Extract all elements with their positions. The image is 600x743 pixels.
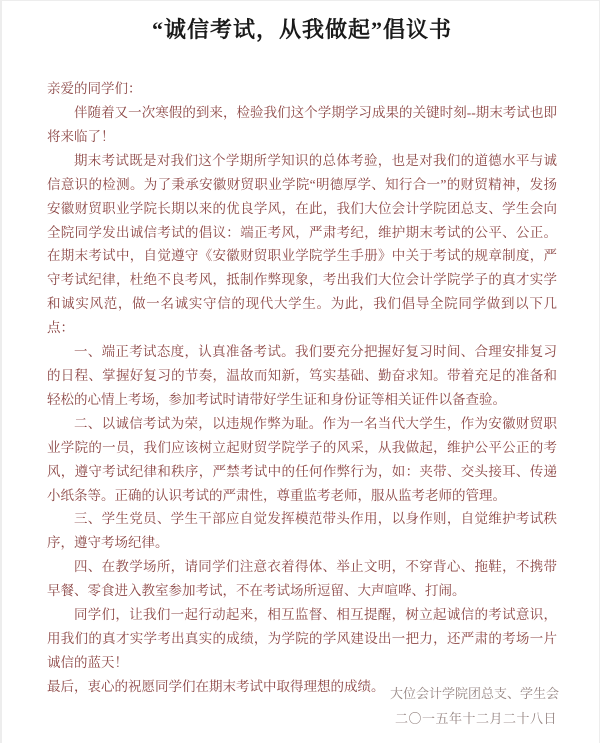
signature-block: 大位会计学院团总支、学生会 二〇一五年十二月二十八日 <box>390 681 559 731</box>
body-paragraphs: 伴随着又一次寒假的到来，检验我们这个学期学习成果的关键时刻--期末考试也即将来临… <box>47 101 557 699</box>
paragraph: 一、端正考试态度，认真准备考试。我们要充分把握好复习时间、合理安排复习的日程、掌… <box>47 340 557 412</box>
paragraph: 期末考试既是对我们这个学期所学知识的总体考验，也是对我们的道德水平与诚信意识的检… <box>47 149 557 340</box>
salutation: 亲爱的同学们： <box>47 77 557 101</box>
signature-date: 二〇一五年十二月二十八日 <box>390 706 559 731</box>
paragraph: 伴随着又一次寒假的到来，检验我们这个学期学习成果的关键时刻--期末考试也即将来临… <box>47 101 557 149</box>
paragraph: 三、学生党员、学生干部应自觉发挥模范带头作用，以身作则，自觉维护考试秩序，遵守考… <box>47 507 557 555</box>
document-title: “诚信考试，从我做起”倡议书 <box>47 15 557 45</box>
paragraph: 二、以诚信考试为荣，以违规作弊为耻。作为一名当代大学生，作为安徽财贸职业学院的一… <box>47 412 557 508</box>
signature-org: 大位会计学院团总支、学生会 <box>390 681 559 706</box>
paragraph: 四、在教学场所，请同学们注意衣着得体、举止文明，不穿背心、拖鞋，不携带早餐、零食… <box>47 555 557 603</box>
document-page: “诚信考试，从我做起”倡议书 亲爱的同学们： 伴随着又一次寒假的到来，检验我们这… <box>0 0 600 743</box>
paragraph: 同学们，让我们一起行动起来，相互监督、相互提醒，树立起诚信的考试意识，用我们的真… <box>47 603 557 675</box>
